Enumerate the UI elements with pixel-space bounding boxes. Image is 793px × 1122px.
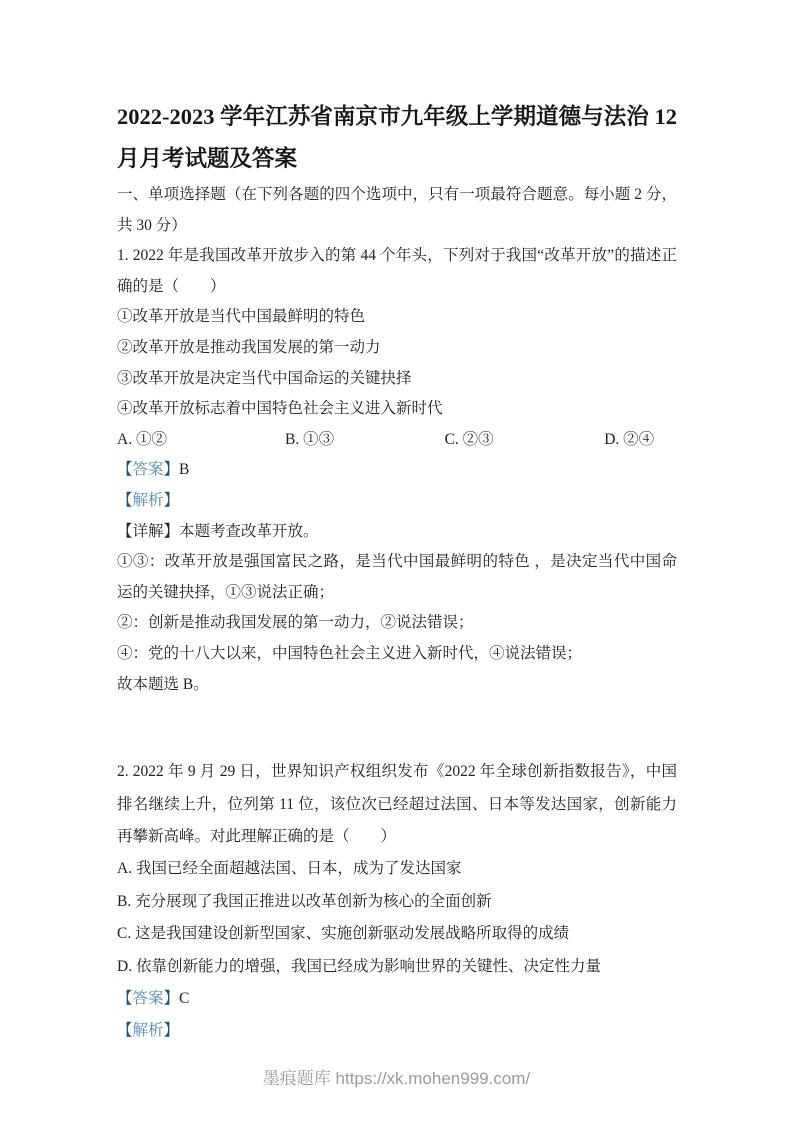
question-1-explanation-3: ④：党的十八大以来，中国特色社会主义进入新时代，④说法错误； [117,639,677,670]
question-1-option-c: C. ②③ [445,425,605,456]
question-1-conclusion: 故本题选 B。 [117,670,677,701]
question-1-explanation-1: ①③：改革开放是强国富民之路，是当代中国最鲜明的特色 ，是决定当代中国命运的关键… [117,547,677,608]
watermark-footer: 墨痕题库 https://xk.mohen999.com/ [0,1064,793,1089]
question-2-analysis-line: 【解析】 [117,1015,677,1047]
question-1-statement-2: ②改革开放是推动我国发展的第一动力 [117,333,677,364]
analysis-tag: 【解析】 [117,1022,179,1039]
exam-document: 2022-2023 学年江苏省南京市九年级上学期道德与法治 12 月月考试题及答… [117,0,677,1048]
question-1-detail: 【详解】本题考查改革开放。 [117,517,677,548]
question-2-option-b: B. 充分展现了我国正推进以改革创新为核心的全面创新 [117,886,677,918]
question-2-stem: 2. 2022 年 9 月 29 日，世界知识产权组织发布《2022 年全球创新… [117,756,677,853]
section-header: 一、单项选择题（在下列各题的四个选项中，只有一项最符合题意。每小题 2 分，共 … [117,180,677,241]
question-1-answer-value: B [179,461,189,478]
document-title: 2022-2023 学年江苏省南京市九年级上学期道德与法治 12 月月考试题及答… [117,96,677,180]
question-1-option-b: B. ①③ [285,425,445,456]
answer-tag: 【答案】 [117,990,179,1007]
question-2-answer-value: C [179,990,189,1007]
analysis-tag: 【解析】 [117,492,179,509]
question-1-option-a: A. ①② [117,425,285,456]
question-1-explanation-2: ②：创新是推动我国发展的第一动力，②说法错误； [117,608,677,639]
answer-tag: 【答案】 [117,461,179,478]
question-2: 2. 2022 年 9 月 29 日，世界知识产权组织发布《2022 年全球创新… [117,756,677,1048]
question-1-stem: 1. 2022 年是我国改革开放步入的第 44 个年头，下列对于我国“改革开放”… [117,241,677,302]
question-2-answer-line: 【答案】C [117,983,677,1015]
question-1-statement-1: ①改革开放是当代中国最鲜明的特色 [117,302,677,333]
question-1: 1. 2022 年是我国改革开放步入的第 44 个年头，下列对于我国“改革开放”… [117,241,677,700]
question-1-analysis-line: 【解析】 [117,486,677,517]
question-1-options: A. ①② B. ①③ C. ②③ D. ②④ [117,425,677,456]
question-1-statement-4: ④改革开放标志着中国特色社会主义进入新时代 [117,394,677,425]
question-2-option-c: C. 这是我国建设创新型国家、实施创新驱动发展战略所取得的成绩 [117,918,677,950]
question-1-statement-3: ③改革开放是决定当代中国命运的关键抉择 [117,364,677,395]
question-1-answer-line: 【答案】B [117,455,677,486]
question-2-option-a: A. 我国已经全面超越法国、日本，成为了发达国家 [117,853,677,885]
question-2-option-d: D. 依靠创新能力的增强，我国已经成为影响世界的关键性、决定性力量 [117,951,677,983]
question-1-option-d: D. ②④ [604,425,677,456]
